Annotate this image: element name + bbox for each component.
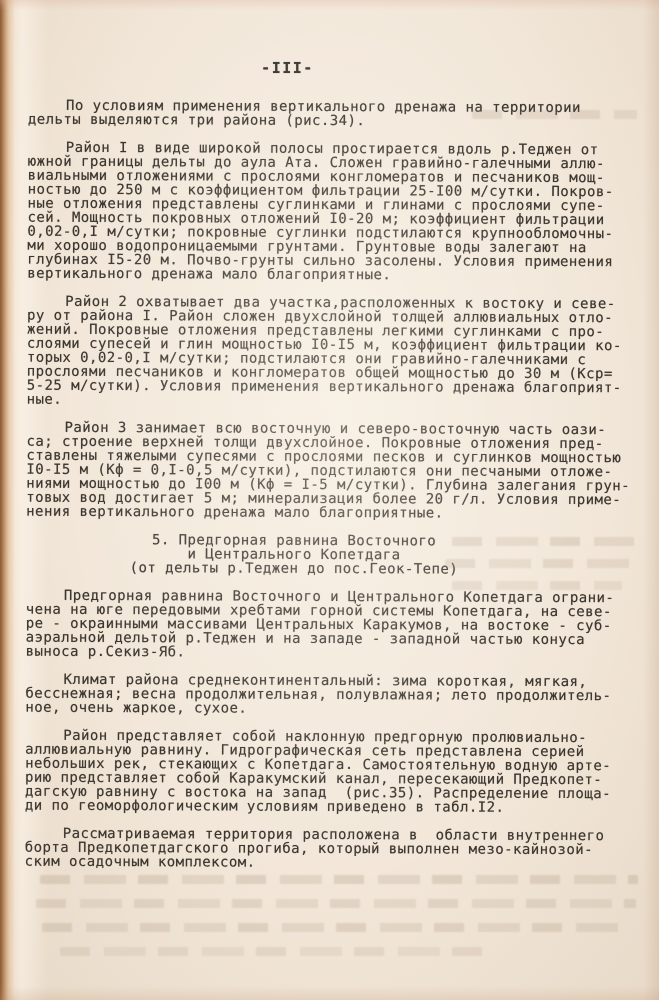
- paragraph-intro: По условиям применения вертикального дре…: [28, 99, 640, 130]
- scanned-document-page: { "colors": { "paper": "#f2e7d9", "ink":…: [0, 0, 659, 1000]
- ghost-text-bleedthrough: [36, 899, 636, 908]
- ghost-text-bleedthrough: [60, 947, 490, 956]
- page-number: -III-: [0, 59, 659, 77]
- page-top-edge-shadow: [0, 0, 659, 10]
- paragraph-tectonics: Рассматриваемая территория расположена в…: [25, 827, 637, 872]
- paragraph-district-1: Район I в виде широкой полосы простирает…: [27, 141, 640, 284]
- paragraph-district-3: Район 3 занимает всю восточную и северо-…: [26, 421, 638, 522]
- page-text-column: По условиям применения вертикального дре…: [25, 99, 640, 886]
- section-5-heading: 5. Предгорная равнина Восточного и Центр…: [26, 533, 638, 578]
- text-line: 5-25 м/сутки). Условия применения вертик…: [27, 379, 639, 396]
- ghost-text-bleedthrough: [42, 923, 630, 932]
- page-bottom-edge-shadow: [0, 986, 659, 1000]
- paragraph-district-2: Район 2 охватывает два участка,расположе…: [27, 295, 639, 410]
- paragraph-hydrography: Район представляет собой наклонную предг…: [25, 729, 637, 816]
- page-right-edge-shadow: [643, 0, 659, 1000]
- paragraph-piedmont-plain: Предгорная равнина Восточного и Централь…: [26, 589, 638, 662]
- paragraph-climate: Климат района среднеконтинентальный: зим…: [25, 673, 637, 718]
- heading-line: (от дельты р.Теджен до пос.Геок-Тепе): [26, 561, 562, 577]
